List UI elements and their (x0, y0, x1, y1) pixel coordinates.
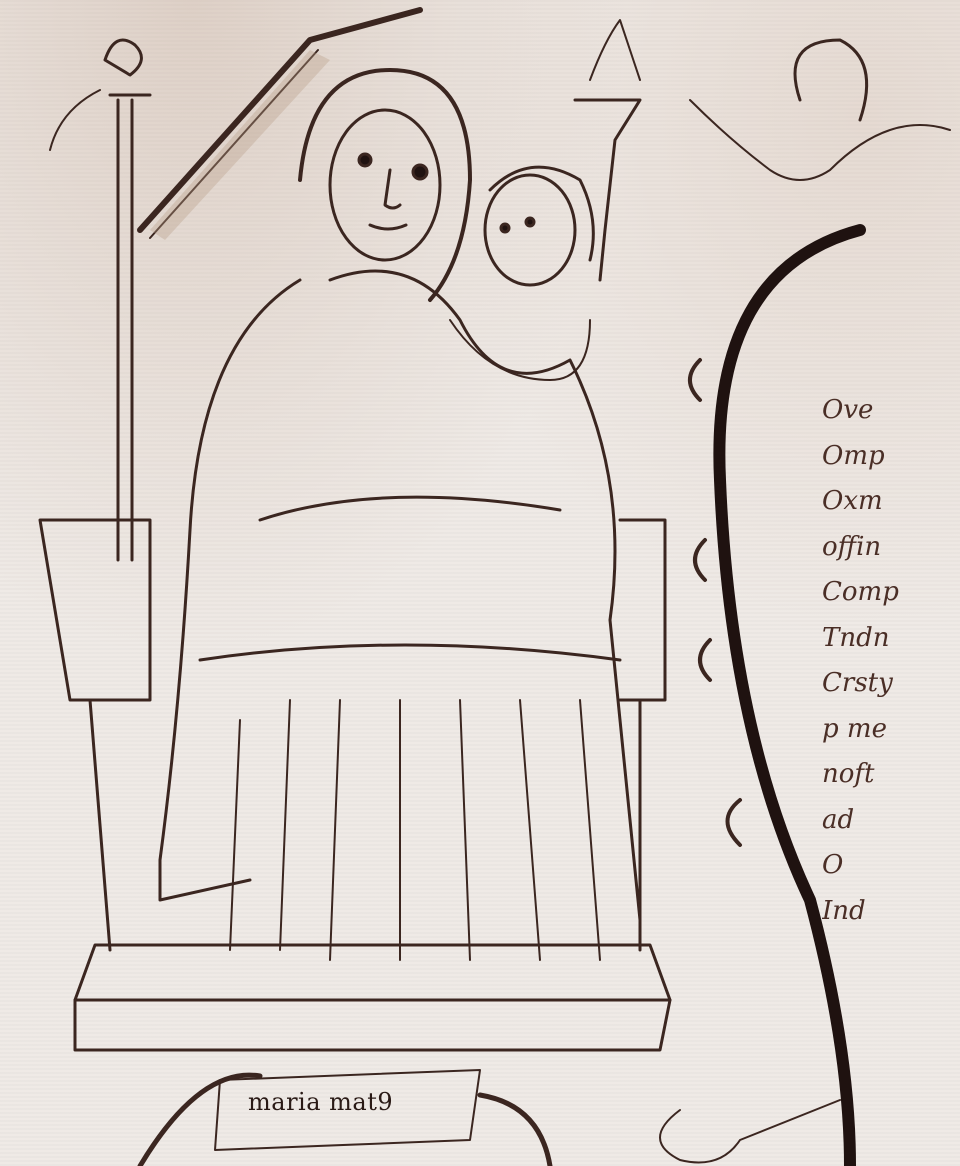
madonna-drawing (0, 0, 960, 1166)
text-line: offin (822, 532, 960, 578)
text-line: Ind (822, 896, 960, 942)
text-line: Crsty (822, 668, 960, 714)
caption-scroll-text: maria mat9 (248, 1088, 468, 1128)
text-line: Omp (822, 441, 960, 487)
text-line: O (822, 850, 960, 896)
text-line: Oxm (822, 486, 960, 532)
text-line: Ove (822, 395, 960, 441)
margin-text-column: Ove Omp Oxm offin Comp Tndn Crsty p me n… (822, 395, 960, 941)
text-line: Tndn (822, 623, 960, 669)
text-line: Comp (822, 577, 960, 623)
manuscript-page: maria mat9 Ove Omp Oxm offin Comp Tndn C… (0, 0, 960, 1166)
text-line: p me (822, 714, 960, 760)
text-line: ad (822, 805, 960, 851)
text-line: noft (822, 759, 960, 805)
